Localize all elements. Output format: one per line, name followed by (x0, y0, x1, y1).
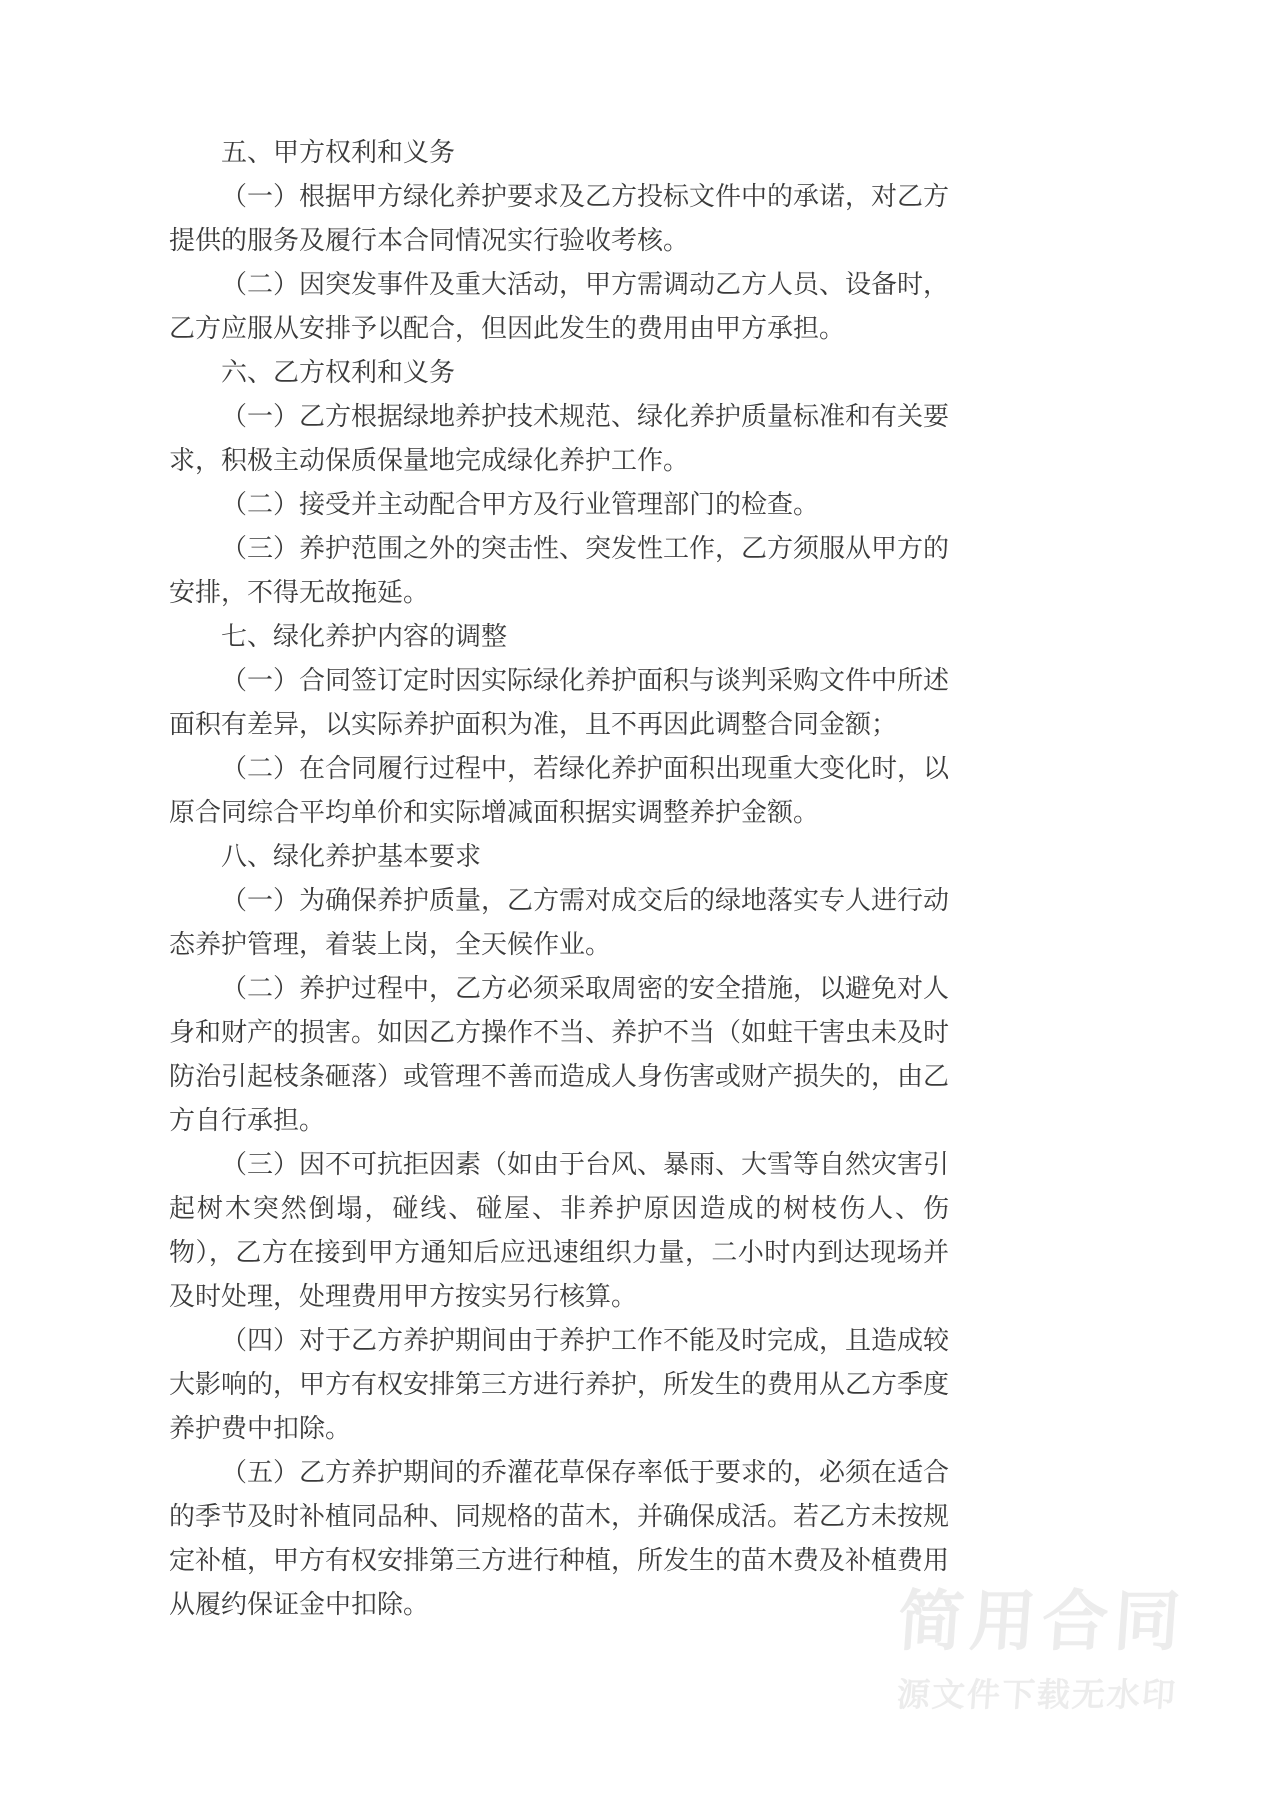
paragraph: （三）因不可抗拒因素（如由于台风、暴雨、大雪等自然灾害引起树木突然倒塌，碰线、碰… (169, 1143, 949, 1319)
document-page: 五、甲方权利和义务 （一）根据甲方绿化养护要求及乙方投标文件中的承诺，对乙方提供… (0, 0, 1280, 1810)
paragraph: （一）乙方根据绿地养护技术规范、绿化养护质量标准和有关要求，积极主动保质保量地完… (169, 395, 949, 483)
paragraph: （二）养护过程中，乙方必须采取周密的安全措施，以避免对人身和财产的损害。如因乙方… (169, 967, 949, 1143)
paragraph: （五）乙方养护期间的乔灌花草保存率低于要求的，必须在适合的季节及时补植同品种、同… (169, 1451, 949, 1627)
paragraph: （一）根据甲方绿化养护要求及乙方投标文件中的承诺，对乙方提供的服务及履行本合同情… (169, 175, 949, 263)
paragraph: （二）在合同履行过程中，若绿化养护面积出现重大变化时，以原合同综合平均单价和实际… (169, 747, 949, 835)
paragraph: （四）对于乙方养护期间由于养护工作不能及时完成，且造成较大影响的，甲方有权安排第… (169, 1319, 949, 1451)
paragraph: （二）接受并主动配合甲方及行业管理部门的检查。 (169, 483, 949, 527)
section-heading-6: 六、乙方权利和义务 (169, 351, 949, 395)
paragraph: （三）养护范围之外的突击性、突发性工作，乙方须服从甲方的安排，不得无故拖延。 (169, 527, 949, 615)
section-heading-5: 五、甲方权利和义务 (169, 131, 949, 175)
watermark-title: 简用合同 (880, 1585, 1205, 1657)
paragraph: （一）为确保养护质量，乙方需对成交后的绿地落实专人进行动态养护管理，着装上岗，全… (169, 879, 949, 967)
contract-body: 五、甲方权利和义务 （一）根据甲方绿化养护要求及乙方投标文件中的承诺，对乙方提供… (169, 131, 949, 1627)
paragraph: （二）因突发事件及重大活动，甲方需调动乙方人员、设备时，乙方应服从安排予以配合，… (169, 263, 949, 351)
watermark: 简用合同 源文件下载无水印 (875, 1585, 1204, 1715)
paragraph: （一）合同签订定时因实际绿化养护面积与谈判采购文件中所述面积有差异，以实际养护面… (169, 659, 949, 747)
section-heading-7: 七、绿化养护内容的调整 (169, 615, 949, 659)
section-heading-8: 八、绿化养护基本要求 (169, 835, 949, 879)
watermark-subtitle: 源文件下载无水印 (875, 1675, 1198, 1715)
